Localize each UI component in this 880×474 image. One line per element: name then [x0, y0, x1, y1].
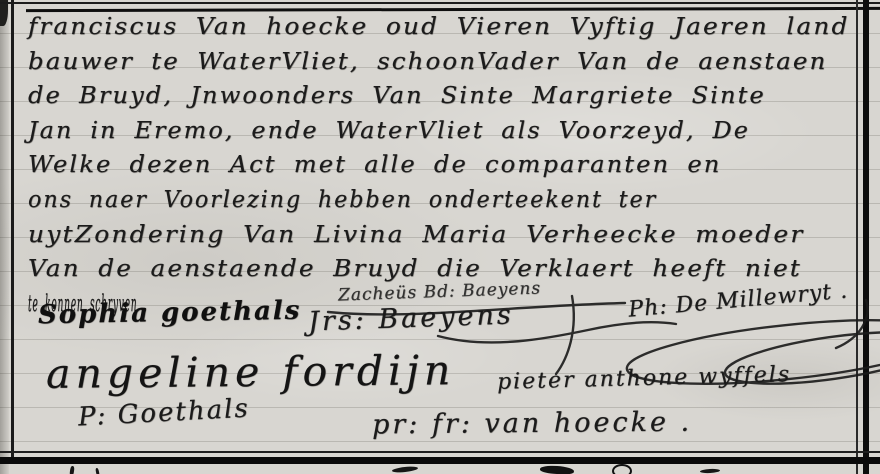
- record-text-line: Jan in Eremo, ende WaterVliet als Voorze…: [28, 118, 820, 153]
- next-record-fragment: [540, 465, 574, 474]
- frame-line-top-heavy: [26, 7, 880, 12]
- record-text-line: de Bruyd, Jnwoonders Van Sinte Margriete…: [28, 83, 828, 118]
- page-edge-shadow: [0, 0, 9, 474]
- record-text-block: franciscus Van hoecke oud Vieren Vyftig …: [28, 14, 791, 325]
- signature-jrs-baeyens: Jrs: Baeyens: [308, 299, 515, 337]
- frame-line-left: [11, 0, 14, 458]
- frame-line-bottom-heavy: [0, 457, 880, 464]
- signature-p-goethals: P: Goethals: [77, 394, 250, 433]
- frame-line-bottom: [0, 451, 880, 453]
- record-text-line: bauwer te WaterVliet, schoonVader Van de…: [28, 49, 840, 84]
- next-record-fragment: [95, 468, 100, 474]
- next-record-fragment: [392, 466, 418, 474]
- next-record-fragment: [612, 464, 632, 474]
- frame-line-right: [856, 0, 858, 474]
- record-text-line: uytZondering Van Livina Maria Verheecke …: [28, 222, 855, 257]
- frame-line-right-heavy: [863, 0, 869, 474]
- next-record-fragment: [69, 466, 74, 474]
- signature-fr-van-hoecke: pr: fr: van hoecke .: [372, 407, 692, 441]
- record-text-line: Welke dezen Act met alle de comparanten …: [28, 152, 830, 187]
- next-record-fragment: [700, 468, 720, 473]
- signature-angeline-fordijn: angeline fordijn: [46, 346, 456, 398]
- record-text-line: franciscus Van hoecke oud Vieren Vyftig …: [28, 14, 849, 49]
- document-scan: franciscus Van hoecke oud Vieren Vyftig …: [0, 0, 880, 474]
- signature-sophia-goethals: Sophia goethals: [38, 296, 302, 331]
- frame-line-top: [0, 2, 880, 4]
- record-text-line: ons naer Voorlezing hebben onderteekent …: [28, 187, 766, 222]
- signature-pieter-anthone-wyffels: pieter anthone wyffels: [497, 362, 792, 395]
